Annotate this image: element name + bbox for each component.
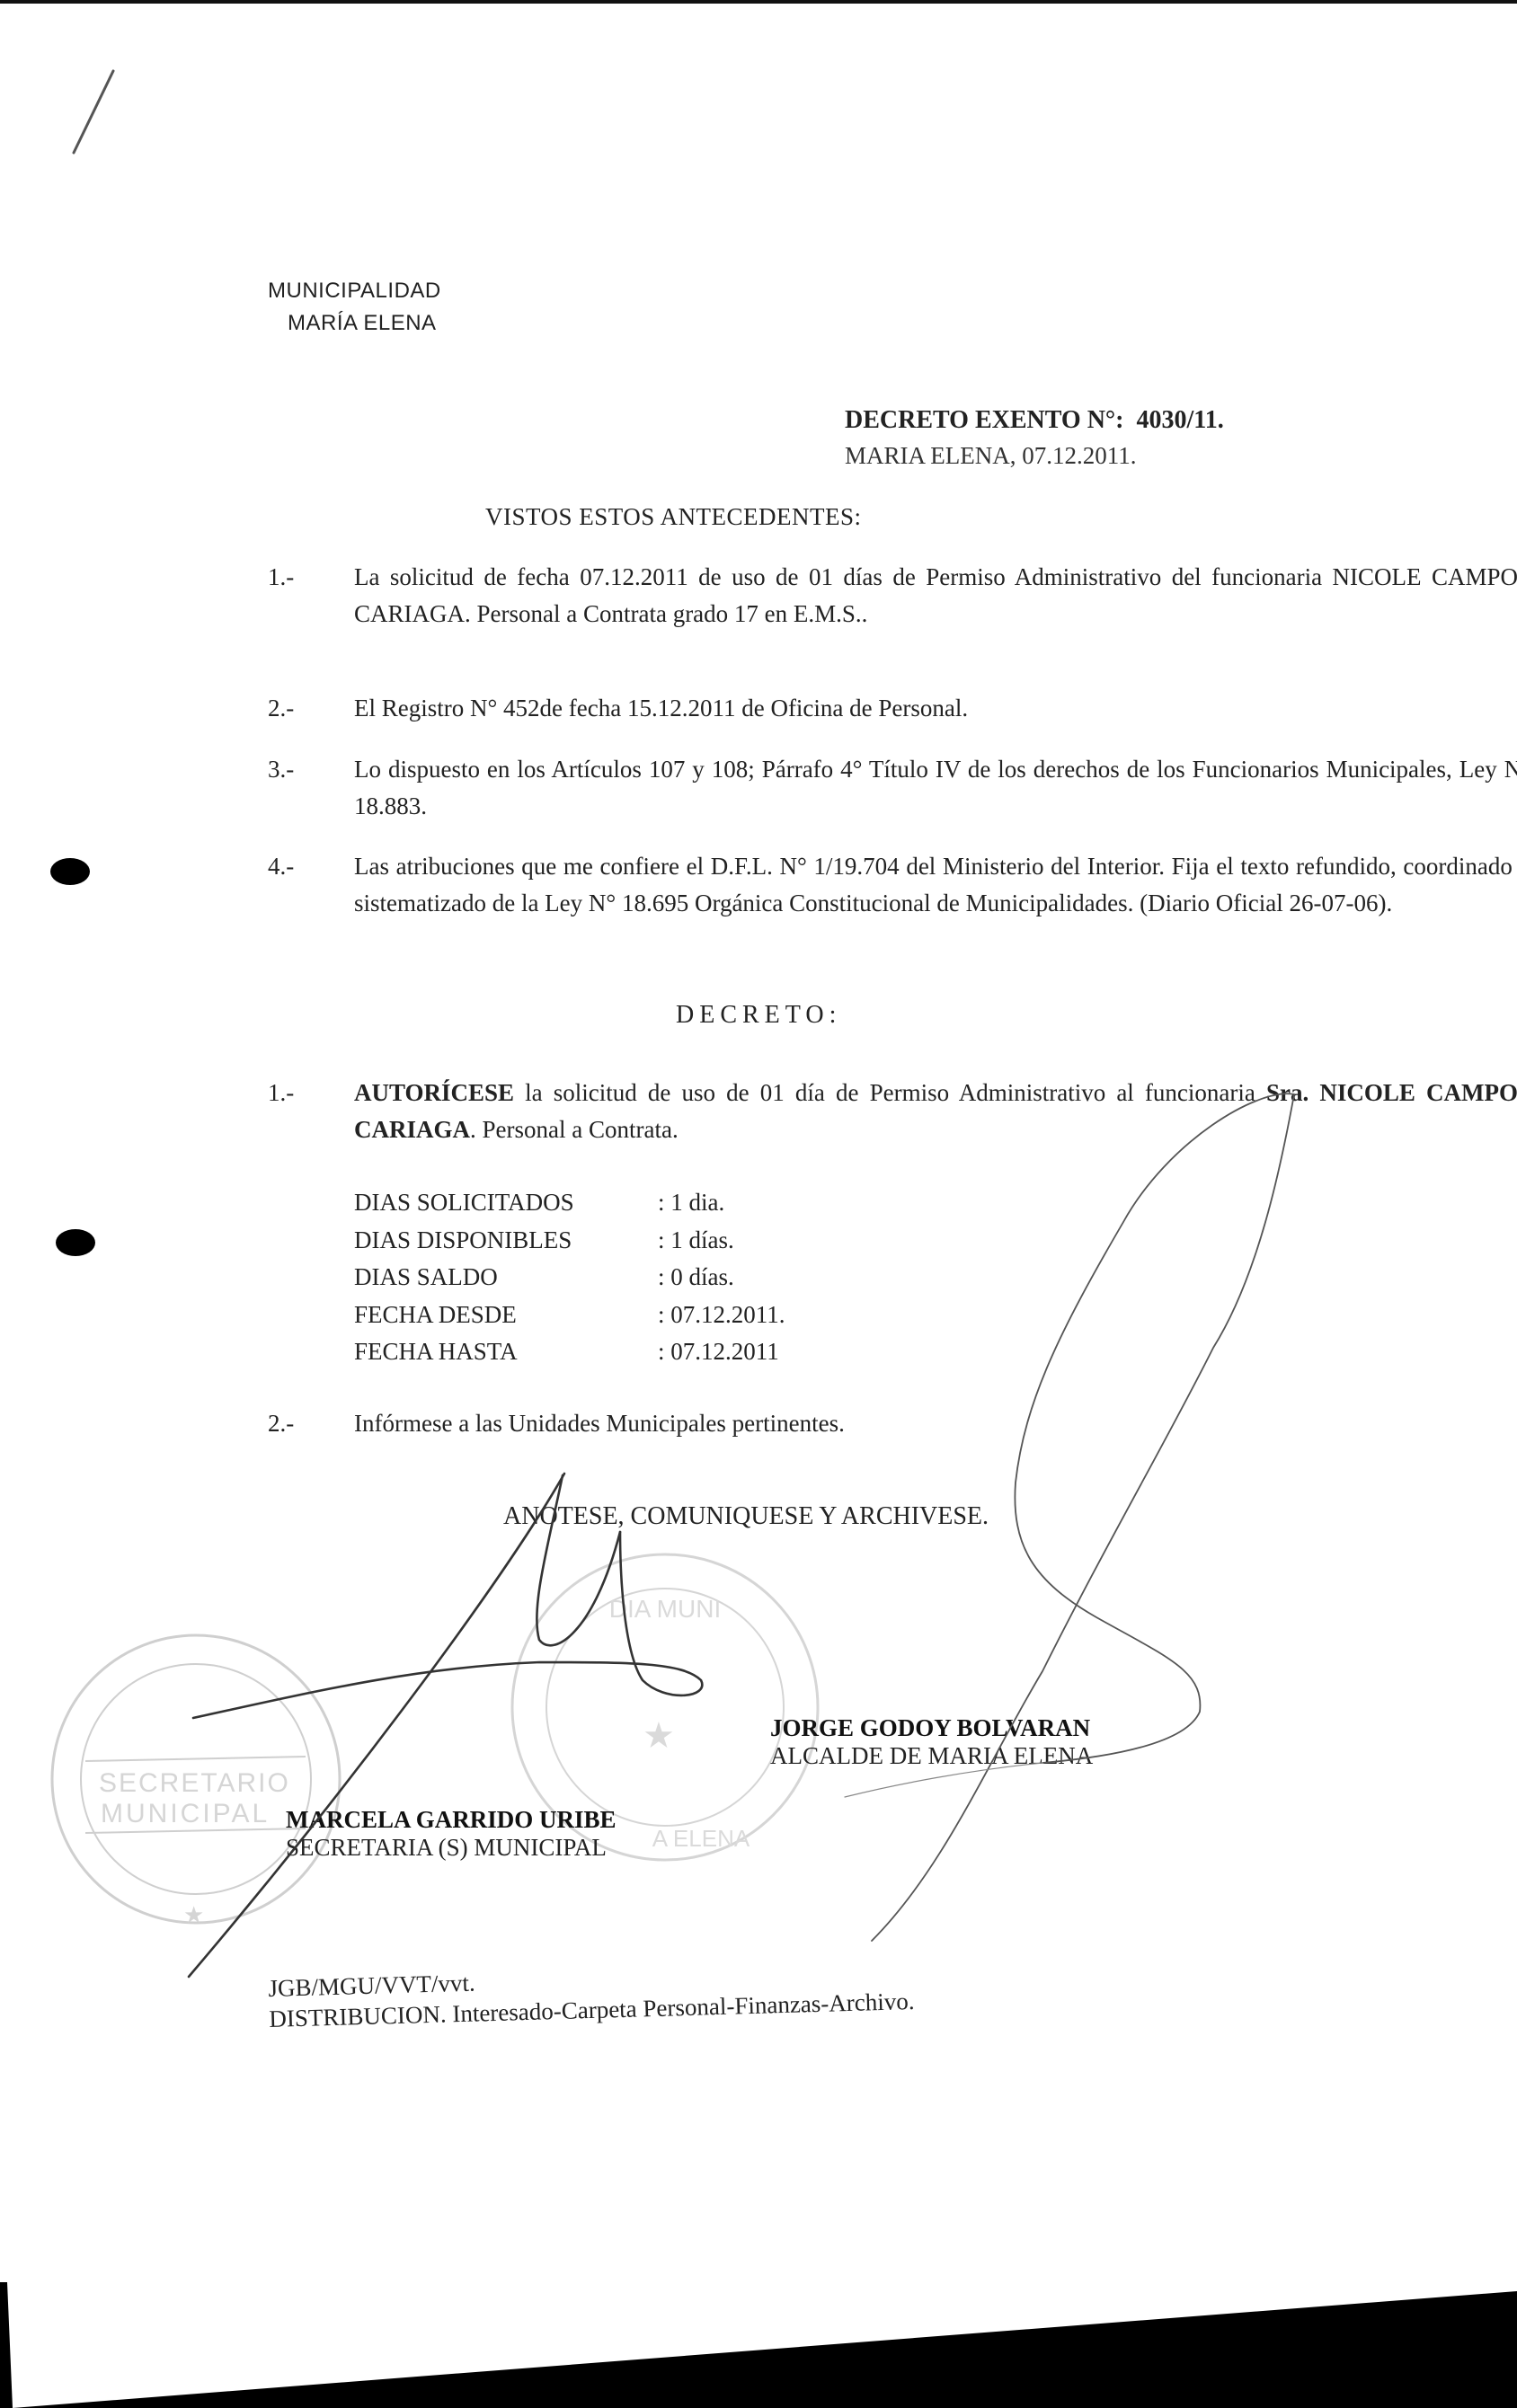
item-number: 1.- bbox=[268, 1075, 340, 1111]
svg-text:A ELENA: A ELENA bbox=[652, 1825, 750, 1852]
decree-title: DECRETO EXENTO N°:4030/11. bbox=[845, 406, 1224, 435]
mayor-name: JORGE GODOY BOLVARAN bbox=[770, 1714, 1093, 1742]
punch-hole-icon bbox=[50, 858, 90, 885]
detail-label: DIAS DISPONIBLES bbox=[354, 1222, 658, 1260]
item-text: Infórmese a las Unidades Municipales per… bbox=[354, 1405, 1517, 1442]
item-text: Las atribuciones que me confiere el D.F.… bbox=[354, 848, 1517, 922]
footer-references: JGB/MGU/VVT/vvt. DISTRIBUCION. Interesad… bbox=[268, 1955, 915, 2034]
secretary-name: MARCELA GARRIDO URIBE bbox=[286, 1806, 617, 1834]
closing-formula: ANOTESE, COMUNIQUESE Y ARCHIVESE. bbox=[503, 1502, 989, 1531]
mayor-signature-block: JORGE GODOY BOLVARAN ALCALDE DE MARIA EL… bbox=[770, 1714, 1093, 1770]
item-number: 1.- bbox=[268, 559, 340, 596]
detail-row: FECHA HASTA: 07.12.2011 bbox=[354, 1333, 785, 1371]
detail-value: : 1 días. bbox=[658, 1222, 734, 1260]
scanned-decree-page: MUNICIPALIDAD MARÍA ELENA DECRETO EXENTO… bbox=[0, 0, 1517, 2408]
svg-text:SECRETARIO: SECRETARIO bbox=[99, 1768, 290, 1798]
detail-label: FECHA HASTA bbox=[354, 1333, 658, 1371]
decreto-heading: DECRETO: bbox=[676, 1001, 841, 1030]
item-text: AUTORÍCESE la solicitud de uso de 01 día… bbox=[354, 1075, 1517, 1148]
item-text: La solicitud de fecha 07.12.2011 de uso … bbox=[354, 559, 1517, 633]
secretary-stamp-icon: SECRETARIO MUNICIPAL ★ bbox=[52, 1635, 340, 1928]
item-text-part: . Personal a Contrata. bbox=[470, 1116, 679, 1143]
leave-details-table: DIAS SOLICITADOS: 1 dia. DIAS DISPONIBLE… bbox=[354, 1184, 785, 1371]
svg-text:★: ★ bbox=[643, 1715, 675, 1756]
detail-row: DIAS SALDO: 0 días. bbox=[354, 1259, 785, 1297]
svg-text:DIA MUNI: DIA MUNI bbox=[609, 1595, 721, 1623]
detail-label: DIAS SALDO bbox=[354, 1259, 658, 1297]
detail-value: : 1 dia. bbox=[658, 1184, 724, 1222]
scan-top-border bbox=[0, 0, 1517, 4]
svg-text:★: ★ bbox=[183, 1902, 204, 1928]
secretary-role: SECRETARIA (S) MUNICIPAL bbox=[286, 1834, 617, 1862]
detail-value: : 07.12.2011 bbox=[658, 1333, 779, 1371]
item-number: 4.- bbox=[268, 848, 340, 885]
detail-value: : 0 días. bbox=[658, 1259, 734, 1297]
detail-label: DIAS SOLICITADOS bbox=[354, 1184, 658, 1222]
secretary-signature-icon bbox=[189, 1474, 702, 1977]
detail-row: FECHA DESDE: 07.12.2011. bbox=[354, 1297, 785, 1334]
institution-line-2: MARÍA ELENA bbox=[268, 307, 441, 340]
svg-text:MUNICIPAL: MUNICIPAL bbox=[101, 1799, 270, 1828]
mayor-role: ALCALDE DE MARIA ELENA bbox=[770, 1742, 1093, 1770]
secretary-signature-block: MARCELA GARRIDO URIBE SECRETARIA (S) MUN… bbox=[286, 1806, 617, 1862]
detail-row: DIAS SOLICITADOS: 1 dia. bbox=[354, 1184, 785, 1222]
item-text: El Registro N° 452de fecha 15.12.2011 de… bbox=[354, 690, 1517, 727]
institution-name: MUNICIPALIDAD MARÍA ELENA bbox=[268, 275, 441, 340]
punch-hole-icon bbox=[56, 1229, 95, 1256]
item-number: 2.- bbox=[268, 690, 340, 727]
vistos-heading: VISTOS ESTOS ANTECEDENTES: bbox=[485, 503, 862, 531]
item-text-part: la solicitud de uso de 01 día de Permiso… bbox=[514, 1079, 1266, 1106]
decree-number: 4030/11. bbox=[1136, 406, 1223, 434]
detail-value: : 07.12.2011. bbox=[658, 1297, 785, 1334]
detail-label: FECHA DESDE bbox=[354, 1297, 658, 1334]
item-number: 2.- bbox=[268, 1405, 340, 1442]
detail-row: DIAS DISPONIBLES: 1 días. bbox=[354, 1222, 785, 1260]
institution-line-1: MUNICIPALIDAD bbox=[268, 275, 441, 307]
decree-label: DECRETO EXENTO N°: bbox=[845, 406, 1123, 434]
item-number: 3.- bbox=[268, 751, 340, 788]
item-text: Lo dispuesto en los Artículos 107 y 108;… bbox=[354, 751, 1517, 825]
place-date: MARIA ELENA, 07.12.2011. bbox=[845, 442, 1137, 470]
authorize-keyword: AUTORÍCESE bbox=[354, 1079, 514, 1106]
